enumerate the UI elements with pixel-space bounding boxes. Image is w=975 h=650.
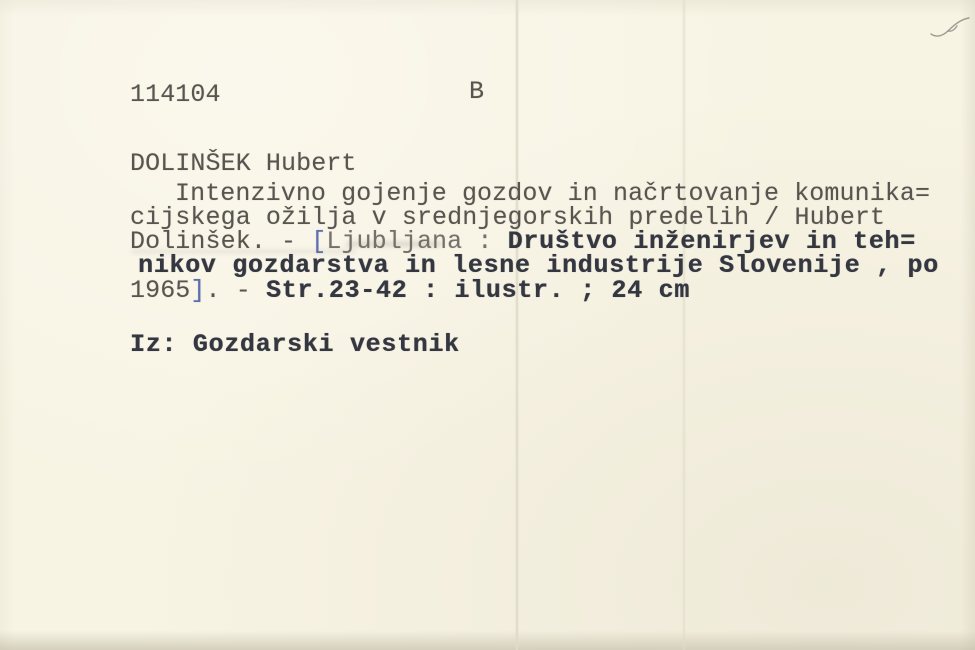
pen-mark	[928, 14, 972, 40]
call-number: 114104	[130, 82, 221, 107]
catalog-card: 114104 B DOLINŠEK Hubert Intenzivno goje…	[0, 0, 975, 650]
section-letter: B	[469, 79, 484, 104]
scanned-catalog-card-page: 114104 B DOLINŠEK Hubert Intenzivno goje…	[0, 0, 975, 650]
source-note: Iz: Gozdarski vestnik	[130, 332, 460, 357]
imprint-separator: . -	[206, 276, 266, 305]
imprint-collation: Str.23-42 : ilustr. ; 24 cm	[266, 276, 690, 305]
imprint-year: 1965	[130, 276, 190, 305]
imprint-line-3: 1965]. - Str.23-42 : ilustr. ; 24 cm	[130, 278, 690, 303]
fold-crease-left	[516, 0, 518, 650]
author-heading: DOLINŠEK Hubert	[130, 151, 357, 176]
fold-crease-right	[683, 0, 685, 650]
close-bracket-ink: ]	[190, 276, 205, 305]
imprint-publisher-part2: nikov gozdarstva in lesne industrije Slo…	[138, 253, 939, 278]
